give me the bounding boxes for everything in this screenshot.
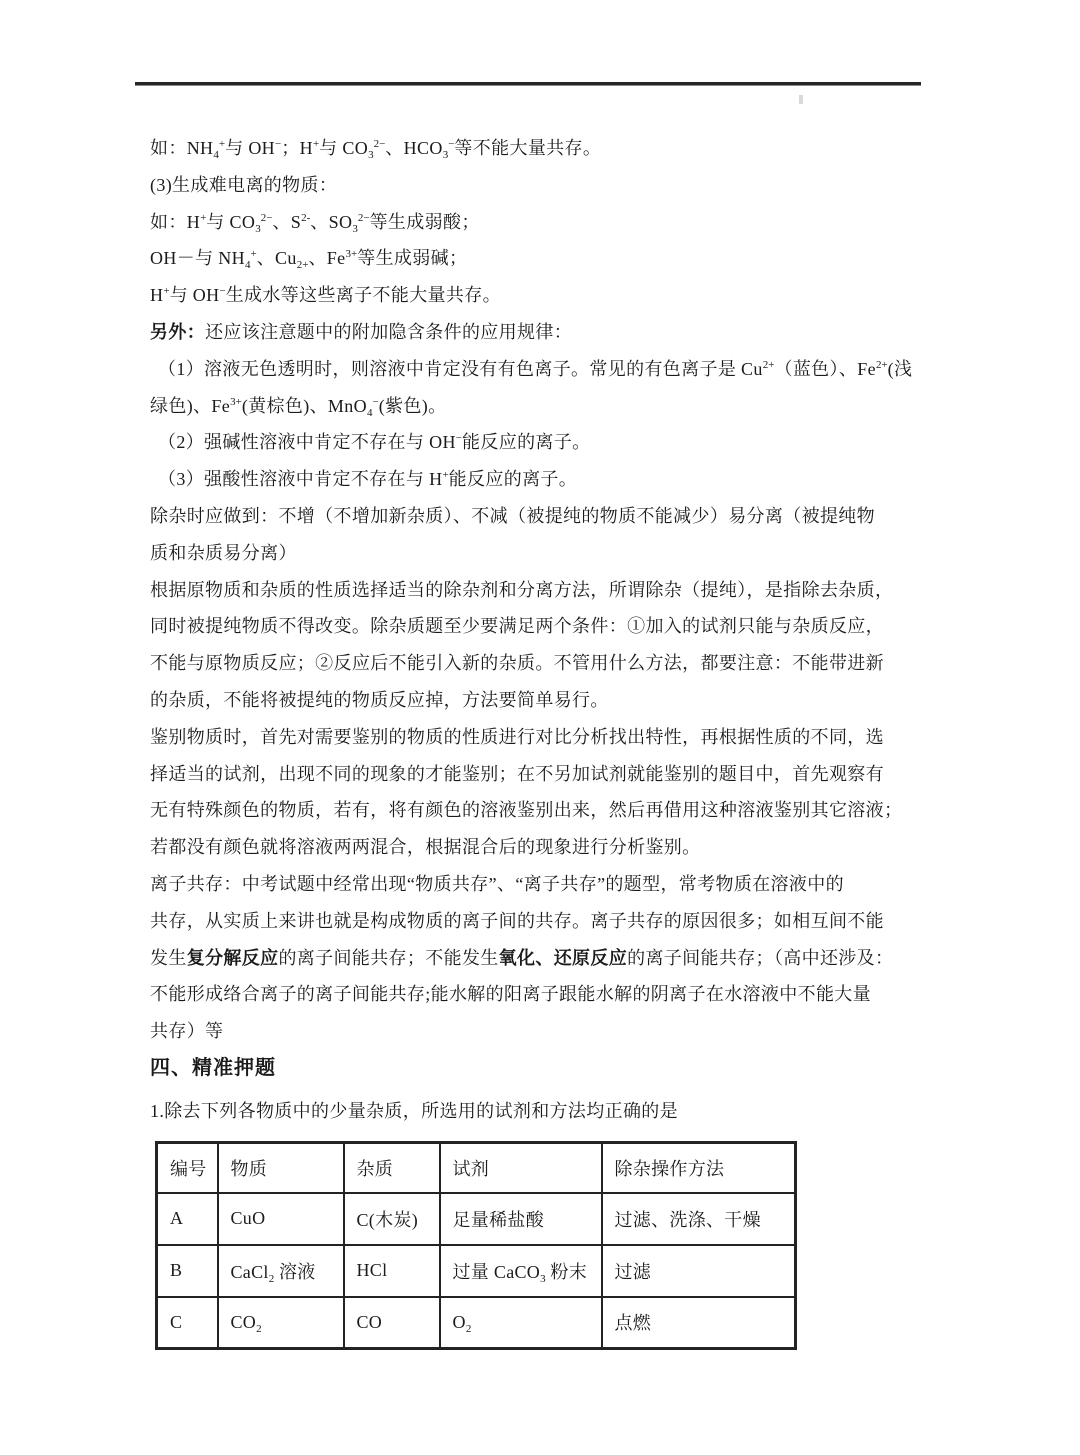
text-run: 与 CO xyxy=(319,138,368,158)
table-header-cell: 杂质 xyxy=(344,1143,440,1193)
text-run: 除杂操作方法 xyxy=(615,1159,725,1179)
superscript-text: 3+ xyxy=(346,248,358,260)
text-run: 生成水等这些离子不能大量共存。 xyxy=(226,285,501,305)
text-run: (紫色)。 xyxy=(379,396,447,416)
text-run: CuO xyxy=(231,1208,266,1228)
text-run: (3)生成难电离的物质： xyxy=(150,175,337,195)
text-run: (浅 xyxy=(888,359,913,379)
table-cell: B xyxy=(157,1245,218,1297)
text-run: 质和杂质易分离） xyxy=(150,543,297,563)
text-run: 如：H xyxy=(150,212,200,232)
text-run: 择适当的试剂，出现不同的现象的才能鉴别；在不另加试剂就能鉴别的题目中，首先观察有 xyxy=(150,764,884,784)
text-line: 不能与原物质反应；②反应后不能引入新的杂质。不管用什么方法，都要注意：不能带进新 xyxy=(150,645,930,682)
text-run: 、HCO xyxy=(385,138,442,158)
text-line: 另外：还应该注意题中的附加隐含条件的应用规律： xyxy=(150,314,930,351)
text-run: CO xyxy=(231,1312,257,1332)
text-run: 共存）等 xyxy=(150,1021,223,1041)
text-run: 等不能大量共存。 xyxy=(454,138,601,158)
text-run: （蓝色）、Fe xyxy=(774,359,875,379)
document-body: 如：NH4+与 OH−；H+与 CO32−、HCO3−等不能大量共存。(3)生成… xyxy=(150,130,930,1130)
superscript-text: 2− xyxy=(358,212,370,224)
text-line: H+与 OH−生成水等这些离子不能大量共存。 xyxy=(150,277,930,314)
text-run: （2）强碱性溶液中肯定不存在与 OH xyxy=(158,432,456,452)
text-run: 不能形成络合离子的离子间能共存;能水解的阳离子跟能水解的阴离子在水溶液中不能大量 xyxy=(150,984,871,1004)
text-run: 无有特殊颜色的物质，若有，将有颜色的溶液鉴别出来，然后再借用这种溶液鉴别其它溶液… xyxy=(150,800,902,820)
superscript-text: 2+ xyxy=(763,359,775,371)
superscript-text: 2− xyxy=(261,212,273,224)
text-run: 能反应的离子。 xyxy=(462,432,590,452)
document-page: 如：NH4+与 OH−；H+与 CO32−、HCO3−等不能大量共存。(3)生成… xyxy=(0,0,1080,1455)
text-run: 与 OH xyxy=(170,285,220,305)
text-run: 足量稀盐酸 xyxy=(453,1210,545,1230)
text-run: CO xyxy=(357,1312,383,1332)
subscript-text: 4 xyxy=(245,259,251,271)
text-run: HCl xyxy=(357,1260,388,1280)
bold-text: 复分解反应 xyxy=(187,948,279,968)
subscript-text: 3 xyxy=(352,223,358,235)
text-line: 除杂时应做到：不增（不增加新杂质）、不减（被提纯的物质不能减少）易分离（被提纯物 xyxy=(150,498,930,535)
text-run: 还应该注意题中的附加隐含条件的应用规律： xyxy=(205,322,572,342)
text-line: 不能形成络合离子的离子间能共存;能水解的阳离子跟能水解的阴离子在水溶液中不能大量 xyxy=(150,976,930,1013)
text-run: （3）强酸性溶液中肯定不存在与 H xyxy=(158,469,442,489)
text-line: 共存）等 xyxy=(150,1013,930,1050)
text-line: （1）溶液无色透明时，则溶液中肯定没有有色离子。常见的有色离子是 Cu2+（蓝色… xyxy=(150,351,930,388)
text-run: 等生成弱碱； xyxy=(357,248,467,268)
bold-text: 氧化、还原反应 xyxy=(499,948,627,968)
text-run: 、Fe xyxy=(308,248,345,268)
text-run: 绿色)、Fe xyxy=(150,396,230,416)
question-line: 1.除去下列各物质中的少量杂质，所选用的试剂和方法均正确的是 xyxy=(150,1093,930,1130)
table-cell: CuO xyxy=(218,1193,344,1245)
superscript-text: 2− xyxy=(374,138,386,150)
text-run: C xyxy=(170,1312,182,1332)
section-heading: 四、精准押题 xyxy=(150,1050,930,1087)
text-run: 的杂质，不能将被提纯的物质反应掉，方法要简单易行。 xyxy=(150,690,609,710)
subscript-text: 3 xyxy=(255,223,261,235)
table-row: ACuOC(木炭)足量稀盐酸过滤、洗涤、干燥 xyxy=(157,1193,796,1245)
table-cell: 过量 CaCO3 粉末 xyxy=(440,1245,602,1297)
text-run: 根据原物质和杂质的性质选择适当的除杂剂和分离方法，所谓除杂（提纯），是指除去杂质… xyxy=(150,580,893,600)
table-header-row: 编号物质杂质试剂除杂操作方法 xyxy=(157,1143,796,1193)
table-header-cell: 编号 xyxy=(157,1143,218,1193)
table-cell: C(木炭) xyxy=(344,1193,440,1245)
text-run: 1.除去下列各物质中的少量杂质，所选用的试剂和方法均正确的是 xyxy=(150,1101,678,1121)
text-line: 根据原物质和杂质的性质选择适当的除杂剂和分离方法，所谓除杂（提纯），是指除去杂质… xyxy=(150,572,930,609)
text-line: （2）强碱性溶液中肯定不存在与 OH−能反应的离子。 xyxy=(150,424,930,461)
text-run: 、Cu xyxy=(257,248,297,268)
text-run: 编号 xyxy=(170,1159,207,1179)
text-run: 发生 xyxy=(150,948,187,968)
text-line: 无有特殊颜色的物质，若有，将有颜色的溶液鉴别出来，然后再借用这种溶液鉴别其它溶液… xyxy=(150,792,930,829)
subscript-text: 3 xyxy=(443,149,449,161)
text-run: 的离子间能共存；不能发生 xyxy=(278,948,498,968)
text-run: 共存，从实质上来讲也就是构成物质的离子间的共存。离子共存的原因很多；如相互间不能 xyxy=(150,911,884,931)
table-row: CCO2COO2点燃 xyxy=(157,1297,796,1349)
table-cell: 足量稀盐酸 xyxy=(440,1193,602,1245)
text-run: 过量 CaCO xyxy=(453,1262,541,1282)
table-header-cell: 物质 xyxy=(218,1143,344,1193)
text-run: 与 OH xyxy=(225,138,275,158)
text-run: （1）溶液无色透明时，则溶液中肯定没有有色离子。常见的有色离子是 Cu xyxy=(158,359,763,379)
text-line: 发生复分解反应的离子间能共存；不能发生氧化、还原反应的离子间能共存；（高中还涉及… xyxy=(150,940,930,977)
text-run: 等生成弱酸； xyxy=(370,212,480,232)
table-cell: CaCl2 溶液 xyxy=(218,1245,344,1297)
text-run: 过滤、洗涤、干燥 xyxy=(615,1210,761,1230)
text-run: 的离子间能共存；（高中还涉及： xyxy=(627,948,893,968)
page-top-rule xyxy=(135,82,921,86)
text-run: 杂质 xyxy=(357,1159,394,1179)
table-cell: 过滤 xyxy=(602,1245,796,1297)
table-cell: 过滤、洗涤、干燥 xyxy=(602,1193,796,1245)
text-run: 除杂时应做到：不增（不增加新杂质）、不减（被提纯的物质不能减少）易分离（被提纯物 xyxy=(150,506,875,526)
table-cell: CO2 xyxy=(218,1297,344,1349)
bold-text: 另外： xyxy=(150,322,205,342)
superscript-text: 3+ xyxy=(230,396,242,408)
purification-table: 编号物质杂质试剂除杂操作方法 ACuOC(木炭)足量稀盐酸过滤、洗涤、干燥BCa… xyxy=(155,1141,797,1350)
text-line: 若都没有颜色就将溶液两两混合，根据混合后的现象进行分析鉴别。 xyxy=(150,829,930,866)
table-cell: A xyxy=(157,1193,218,1245)
text-line: 绿色)、Fe3+(黄棕色)、MnO4−(紫色)。 xyxy=(150,388,930,425)
table-row: BCaCl2 溶液HCl过量 CaCO3 粉末过滤 xyxy=(157,1245,796,1297)
text-line: 如：H+与 CO32−、S2-、SO32−等生成弱酸； xyxy=(150,204,930,241)
text-run: ；H xyxy=(281,138,313,158)
text-run: 与 CO xyxy=(206,212,255,232)
subscript-text: 4 xyxy=(367,407,373,419)
text-run: O xyxy=(453,1312,466,1332)
superscript-text: 2- xyxy=(301,212,310,224)
text-run: A xyxy=(170,1208,183,1228)
text-run: 离子共存：中考试题中经常出现“物质共存”、“离子共存”的题型，常考物质在溶液中的 xyxy=(150,874,844,894)
text-run: 粉末 xyxy=(546,1262,587,1282)
subscript-text: 2+ xyxy=(297,259,309,271)
text-line: 的杂质，不能将被提纯的物质反应掉，方法要简单易行。 xyxy=(150,682,930,719)
table-header-cell: 除杂操作方法 xyxy=(602,1143,796,1193)
table-cell: O2 xyxy=(440,1297,602,1349)
text-run: 、SO xyxy=(310,212,352,232)
bold-text: 四、精准押题 xyxy=(150,1057,276,1079)
text-line: OH－与 NH4+、Cu2+、Fe3+等生成弱碱； xyxy=(150,240,930,277)
text-line: 离子共存：中考试题中经常出现“物质共存”、“离子共存”的题型，常考物质在溶液中的 xyxy=(150,866,930,903)
text-run: 能反应的离子。 xyxy=(449,469,577,489)
text-line: 共存，从实质上来讲也就是构成物质的离子间的共存。离子共存的原因很多；如相互间不能 xyxy=(150,903,930,940)
text-run: 若都没有颜色就将溶液两两混合，根据混合后的现象进行分析鉴别。 xyxy=(150,837,701,857)
text-run: OH－与 NH xyxy=(150,248,245,268)
table-header-cell: 试剂 xyxy=(440,1143,602,1193)
table-cell: HCl xyxy=(344,1245,440,1297)
table-cell: CO xyxy=(344,1297,440,1349)
subscript-text: 2 xyxy=(256,1323,262,1335)
text-line: 质和杂质易分离） xyxy=(150,535,930,572)
text-line: (3)生成难电离的物质： xyxy=(150,167,930,204)
text-run: H xyxy=(150,285,163,305)
table-cell: 点燃 xyxy=(602,1297,796,1349)
text-run: CaCl xyxy=(231,1262,269,1282)
text-line: 同时被提纯物质不得改变。除杂质题至少要满足两个条件：①加入的试剂只能与杂质反应， xyxy=(150,608,930,645)
text-run: (黄棕色)、MnO xyxy=(242,396,367,416)
text-run: B xyxy=(170,1260,182,1280)
subscript-text: 2 xyxy=(466,1323,472,1335)
text-line: 鉴别物质时，首先对需要鉴别的物质的性质进行对比分析找出特性，再根据性质的不同，选 xyxy=(150,719,930,756)
text-run: 鉴别物质时，首先对需要鉴别的物质的性质进行对比分析找出特性，再根据性质的不同，选 xyxy=(150,727,884,747)
superscript-text: 2+ xyxy=(876,359,888,371)
text-run: 溶液 xyxy=(274,1262,315,1282)
text-run: 试剂 xyxy=(453,1159,490,1179)
text-run: 如：NH xyxy=(150,138,213,158)
text-line: 择适当的试剂，出现不同的现象的才能鉴别；在不另加试剂就能鉴别的题目中，首先观察有 xyxy=(150,756,930,793)
text-line: 如：NH4+与 OH−；H+与 CO32−、HCO3−等不能大量共存。 xyxy=(150,130,930,167)
text-run: 过滤 xyxy=(615,1262,652,1282)
subscript-text: 3 xyxy=(368,149,374,161)
table-cell: C xyxy=(157,1297,218,1349)
text-run: 点燃 xyxy=(615,1313,652,1333)
text-line: （3）强酸性溶液中肯定不存在与 H+能反应的离子。 xyxy=(150,461,930,498)
scan-artifact xyxy=(799,95,803,104)
text-run: C(木炭) xyxy=(357,1210,419,1230)
text-run: 、S xyxy=(272,212,301,232)
text-run: 同时被提纯物质不得改变。除杂质题至少要满足两个条件：①加入的试剂只能与杂质反应， xyxy=(150,616,884,636)
subscript-text: 4 xyxy=(213,149,219,161)
text-run: 不能与原物质反应；②反应后不能引入新的杂质。不管用什么方法，都要注意：不能带进新 xyxy=(150,653,884,673)
text-run: 物质 xyxy=(231,1159,268,1179)
